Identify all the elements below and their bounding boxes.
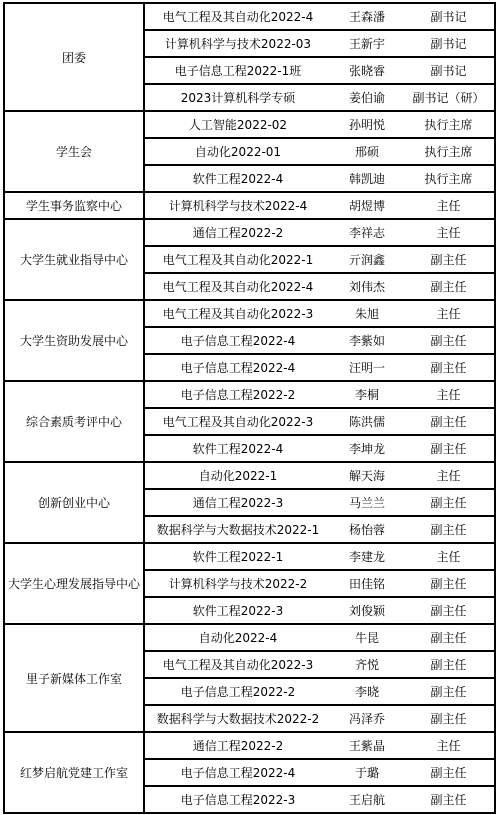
- major-cell: 电气工程及其自动化2022-1: [145, 251, 331, 268]
- table-row: 电子信息工程2022-2李桐主任: [145, 382, 494, 407]
- name-cell: 姜伯谕: [331, 89, 403, 106]
- name-cell: 牛昆: [331, 629, 403, 646]
- role-cell: 副主任: [403, 278, 494, 295]
- member-rows: 电气工程及其自动化2022-3朱旭主任电子信息工程2022-4李紫如副主任电子信…: [145, 301, 494, 380]
- name-cell: 陈洪儒: [331, 413, 403, 430]
- major-cell: 软件工程2022-3: [145, 602, 331, 619]
- major-cell: 通信工程2022-2: [145, 224, 331, 241]
- name-cell: 田佳铭: [331, 575, 403, 592]
- role-cell: 副书记: [403, 62, 494, 79]
- member-rows: 计算机科学与技术2022-4胡煜博主任: [145, 193, 494, 218]
- role-cell: 副书记: [403, 35, 494, 52]
- role-cell: 副主任: [403, 413, 494, 430]
- department-name: 里子新媒体工作室: [5, 625, 145, 731]
- name-cell: 王紫晶: [331, 737, 403, 754]
- major-cell: 电气工程及其自动化2022-4: [145, 278, 331, 295]
- role-cell: 副主任: [403, 602, 494, 619]
- role-cell: 副主任: [403, 521, 494, 538]
- name-cell: 李桐: [331, 386, 403, 403]
- role-cell: 执行主席: [403, 116, 494, 133]
- department-name: 创新创业中心: [5, 463, 145, 542]
- role-cell: 主任: [403, 224, 494, 241]
- name-cell: 李祥志: [331, 224, 403, 241]
- department-group: 学生事务监察中心计算机科学与技术2022-4胡煜博主任: [5, 191, 494, 218]
- table-row: 电气工程及其自动化2022-3齐悦副主任: [145, 650, 494, 677]
- major-cell: 计算机科学与技术2022-03: [145, 35, 331, 52]
- name-cell: 刘伟杰: [331, 278, 403, 295]
- member-rows: 人工智能2022-02孙明悦执行主席自动化2022-01邢硕执行主席软件工程20…: [145, 112, 494, 191]
- table-row: 软件工程2022-4韩凯迪执行主席: [145, 164, 494, 191]
- major-cell: 人工智能2022-02: [145, 116, 331, 133]
- role-cell: 副书记: [403, 8, 494, 25]
- name-cell: 王启航: [331, 791, 403, 808]
- table-row: 自动化2022-01邢硕执行主席: [145, 137, 494, 164]
- member-rows: 电气工程及其自动化2022-4王森潘副书记计算机科学与技术2022-03王新宇副…: [145, 4, 494, 110]
- role-cell: 主任: [403, 305, 494, 322]
- name-cell: 马兰兰: [331, 494, 403, 511]
- table-row: 人工智能2022-02孙明悦执行主席: [145, 112, 494, 137]
- role-cell: 副主任: [403, 440, 494, 457]
- name-cell: 李紫如: [331, 332, 403, 349]
- role-cell: 执行主席: [403, 143, 494, 160]
- department-group: 创新创业中心自动化2022-1解天海主任通信工程2022-3马兰兰副主任数据科学…: [5, 461, 494, 542]
- table-row: 电子信息工程2022-2李晓副主任: [145, 677, 494, 704]
- major-cell: 计算机科学与技术2022-2: [145, 575, 331, 592]
- major-cell: 2023计算机科学专硕: [145, 89, 331, 106]
- major-cell: 电气工程及其自动化2022-3: [145, 413, 331, 430]
- member-rows: 电子信息工程2022-2李桐主任电气工程及其自动化2022-3陈洪儒副主任软件工…: [145, 382, 494, 461]
- role-cell: 副主任: [403, 791, 494, 808]
- role-cell: 副主任: [403, 359, 494, 376]
- major-cell: 电子信息工程2022-1班: [145, 62, 331, 79]
- role-cell: 副主任: [403, 710, 494, 727]
- name-cell: 张晓睿: [331, 62, 403, 79]
- table-row: 电子信息工程2022-3王启航副主任: [145, 785, 494, 812]
- name-cell: 朱旭: [331, 305, 403, 322]
- role-cell: 副主任: [403, 656, 494, 673]
- table-row: 电子信息工程2022-4李紫如副主任: [145, 326, 494, 353]
- name-cell: 冯泽乔: [331, 710, 403, 727]
- role-cell: 副主任: [403, 683, 494, 700]
- department-group: 大学生资助发展中心电气工程及其自动化2022-3朱旭主任电子信息工程2022-4…: [5, 299, 494, 380]
- table-row: 软件工程2022-1李建龙主任: [145, 544, 494, 569]
- role-cell: 副主任: [403, 764, 494, 781]
- role-cell: 主任: [403, 548, 494, 565]
- department-name: 综合素质考评中心: [5, 382, 145, 461]
- name-cell: 李建龙: [331, 548, 403, 565]
- name-cell: 于璐: [331, 764, 403, 781]
- major-cell: 软件工程2022-4: [145, 170, 331, 187]
- major-cell: 电气工程及其自动化2022-3: [145, 305, 331, 322]
- table-row: 电子信息工程2022-4于璐副主任: [145, 758, 494, 785]
- department-name: 学生会: [5, 112, 145, 191]
- department-group: 学生会人工智能2022-02孙明悦执行主席自动化2022-01邢硕执行主席软件工…: [5, 110, 494, 191]
- table-row: 计算机科学与技术2022-03王新宇副书记: [145, 29, 494, 56]
- table-row: 数据科学与大数据技术2022-1杨怡蓉副主任: [145, 515, 494, 542]
- role-cell: 副主任: [403, 251, 494, 268]
- role-cell: 副主任: [403, 629, 494, 646]
- role-cell: 副主任: [403, 332, 494, 349]
- major-cell: 通信工程2022-2: [145, 737, 331, 754]
- role-cell: 副书记（研）: [403, 89, 494, 106]
- table-row: 软件工程2022-4李坤龙副主任: [145, 434, 494, 461]
- name-cell: 亓润鑫: [331, 251, 403, 268]
- name-cell: 胡煜博: [331, 197, 403, 214]
- table-row: 通信工程2022-3马兰兰副主任: [145, 488, 494, 515]
- department-name: 大学生心理发展指导中心: [5, 544, 145, 623]
- department-group: 综合素质考评中心电子信息工程2022-2李桐主任电气工程及其自动化2022-3陈…: [5, 380, 494, 461]
- table-row: 电气工程及其自动化2022-4王森潘副书记: [145, 4, 494, 29]
- member-rows: 通信工程2022-2王紫晶主任电子信息工程2022-4于璐副主任电子信息工程20…: [145, 733, 494, 812]
- table-row: 2023计算机科学专硕姜伯谕副书记（研）: [145, 83, 494, 110]
- major-cell: 电子信息工程2022-4: [145, 764, 331, 781]
- department-name: 大学生资助发展中心: [5, 301, 145, 380]
- department-group: 红梦启航党建工作室通信工程2022-2王紫晶主任电子信息工程2022-4于璐副主…: [5, 731, 494, 812]
- major-cell: 电子信息工程2022-4: [145, 332, 331, 349]
- table-row: 计算机科学与技术2022-4胡煜博主任: [145, 193, 494, 218]
- major-cell: 电气工程及其自动化2022-4: [145, 8, 331, 25]
- name-cell: 邢硕: [331, 143, 403, 160]
- department-group: 里子新媒体工作室自动化2022-4牛昆副主任电气工程及其自动化2022-3齐悦副…: [5, 623, 494, 731]
- role-cell: 主任: [403, 386, 494, 403]
- table-row: 电气工程及其自动化2022-3陈洪儒副主任: [145, 407, 494, 434]
- major-cell: 通信工程2022-3: [145, 494, 331, 511]
- major-cell: 计算机科学与技术2022-4: [145, 197, 331, 214]
- roster-table: 团委电气工程及其自动化2022-4王森潘副书记计算机科学与技术2022-03王新…: [3, 2, 496, 814]
- major-cell: 软件工程2022-1: [145, 548, 331, 565]
- name-cell: 杨怡蓉: [331, 521, 403, 538]
- department-name: 学生事务监察中心: [5, 193, 145, 218]
- table-row: 通信工程2022-2李祥志主任: [145, 220, 494, 245]
- role-cell: 副主任: [403, 494, 494, 511]
- table-row: 电子信息工程2022-1班张晓睿副书记: [145, 56, 494, 83]
- major-cell: 电子信息工程2022-4: [145, 359, 331, 376]
- table-row: 计算机科学与技术2022-2田佳铭副主任: [145, 569, 494, 596]
- name-cell: 解天海: [331, 467, 403, 484]
- role-cell: 执行主席: [403, 170, 494, 187]
- department-name: 大学生就业指导中心: [5, 220, 145, 299]
- major-cell: 自动化2022-4: [145, 629, 331, 646]
- name-cell: 齐悦: [331, 656, 403, 673]
- table-row: 数据科学与大数据技术2022-2冯泽乔副主任: [145, 704, 494, 731]
- name-cell: 王森潘: [331, 8, 403, 25]
- major-cell: 自动化2022-1: [145, 467, 331, 484]
- department-group: 团委电气工程及其自动化2022-4王森潘副书记计算机科学与技术2022-03王新…: [5, 4, 494, 110]
- major-cell: 电子信息工程2022-3: [145, 791, 331, 808]
- table-row: 电气工程及其自动化2022-4刘伟杰副主任: [145, 272, 494, 299]
- major-cell: 自动化2022-01: [145, 143, 331, 160]
- table-row: 电气工程及其自动化2022-1亓润鑫副主任: [145, 245, 494, 272]
- name-cell: 李晓: [331, 683, 403, 700]
- department-group: 大学生就业指导中心通信工程2022-2李祥志主任电气工程及其自动化2022-1亓…: [5, 218, 494, 299]
- table-row: 自动化2022-1解天海主任: [145, 463, 494, 488]
- table-row: 自动化2022-4牛昆副主任: [145, 625, 494, 650]
- role-cell: 副主任: [403, 575, 494, 592]
- major-cell: 电气工程及其自动化2022-3: [145, 656, 331, 673]
- department-group: 大学生心理发展指导中心软件工程2022-1李建龙主任计算机科学与技术2022-2…: [5, 542, 494, 623]
- department-name: 团委: [5, 4, 145, 110]
- name-cell: 孙明悦: [331, 116, 403, 133]
- major-cell: 软件工程2022-4: [145, 440, 331, 457]
- member-rows: 通信工程2022-2李祥志主任电气工程及其自动化2022-1亓润鑫副主任电气工程…: [145, 220, 494, 299]
- major-cell: 电子信息工程2022-2: [145, 683, 331, 700]
- name-cell: 李坤龙: [331, 440, 403, 457]
- name-cell: 汪明一: [331, 359, 403, 376]
- role-cell: 主任: [403, 467, 494, 484]
- table-row: 电子信息工程2022-4汪明一副主任: [145, 353, 494, 380]
- role-cell: 主任: [403, 197, 494, 214]
- department-name: 红梦启航党建工作室: [5, 733, 145, 812]
- major-cell: 数据科学与大数据技术2022-1: [145, 521, 331, 538]
- role-cell: 主任: [403, 737, 494, 754]
- major-cell: 数据科学与大数据技术2022-2: [145, 710, 331, 727]
- major-cell: 电子信息工程2022-2: [145, 386, 331, 403]
- member-rows: 软件工程2022-1李建龙主任计算机科学与技术2022-2田佳铭副主任软件工程2…: [145, 544, 494, 623]
- table-row: 电气工程及其自动化2022-3朱旭主任: [145, 301, 494, 326]
- member-rows: 自动化2022-1解天海主任通信工程2022-3马兰兰副主任数据科学与大数据技术…: [145, 463, 494, 542]
- table-row: 软件工程2022-3刘俊颖副主任: [145, 596, 494, 623]
- name-cell: 王新宇: [331, 35, 403, 52]
- name-cell: 刘俊颖: [331, 602, 403, 619]
- table-row: 通信工程2022-2王紫晶主任: [145, 733, 494, 758]
- name-cell: 韩凯迪: [331, 170, 403, 187]
- member-rows: 自动化2022-4牛昆副主任电气工程及其自动化2022-3齐悦副主任电子信息工程…: [145, 625, 494, 731]
